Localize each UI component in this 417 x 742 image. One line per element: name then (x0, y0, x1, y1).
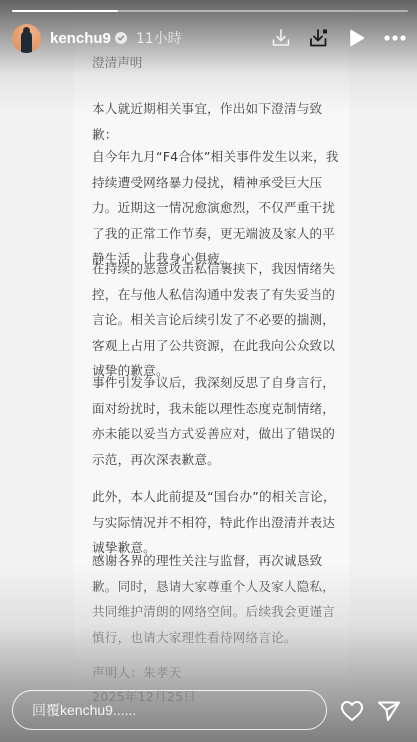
document-paragraph: 自今年九月“F4合体”相关事件发生以来，我持续遭受网络暴力侵扰，精神承受巨大压力… (92, 144, 342, 272)
story-header: kenchu9 11小時 (12, 22, 408, 54)
document-paragraph: 在持续的恶意攻击私信裹挟下，我因情绪失控，在与他人私信沟通中发表了有失妥当的言论… (92, 256, 342, 384)
avatar-head (23, 27, 30, 34)
save-to-device-icon[interactable] (306, 25, 332, 51)
header-actions (268, 25, 408, 51)
document-title: 澄清声明 (92, 52, 142, 71)
send-icon[interactable] (375, 697, 403, 725)
document-paragraph: 事件引发争议后，我深刻反思了自身言行，面对纷扰时，我未能以理性态度克制情绪，亦未… (92, 370, 342, 472)
story-viewer[interactable]: 澄清声明 本人就近期相关事宜，作出如下澄清与致歉： 自今年九月“F4合体”相关事… (0, 0, 417, 742)
username[interactable]: kenchu9 (50, 30, 111, 47)
reply-input[interactable] (32, 702, 326, 718)
post-time: 11小時 (136, 28, 182, 48)
avatar[interactable] (12, 24, 41, 53)
more-options-icon[interactable] (382, 25, 408, 51)
document-paragraph: 本人就近期相关事宜，作出如下澄清与致歉： (92, 96, 342, 147)
document-paragraph: 感谢各界的理性关注与监督，再次诚恳致歉。同时，恳请大家尊重个人及家人隐私，共同维… (92, 548, 342, 650)
download-icon[interactable] (268, 25, 294, 51)
play-icon[interactable] (344, 25, 370, 51)
document-signature: 声明人：朱孝天 (92, 660, 342, 686)
story-progress-bar (12, 10, 408, 12)
avatar-figure (21, 31, 32, 53)
story-progress-fill (12, 10, 118, 12)
verified-badge-icon (115, 32, 127, 44)
heart-icon[interactable] (338, 697, 366, 725)
reply-field[interactable] (12, 690, 327, 730)
